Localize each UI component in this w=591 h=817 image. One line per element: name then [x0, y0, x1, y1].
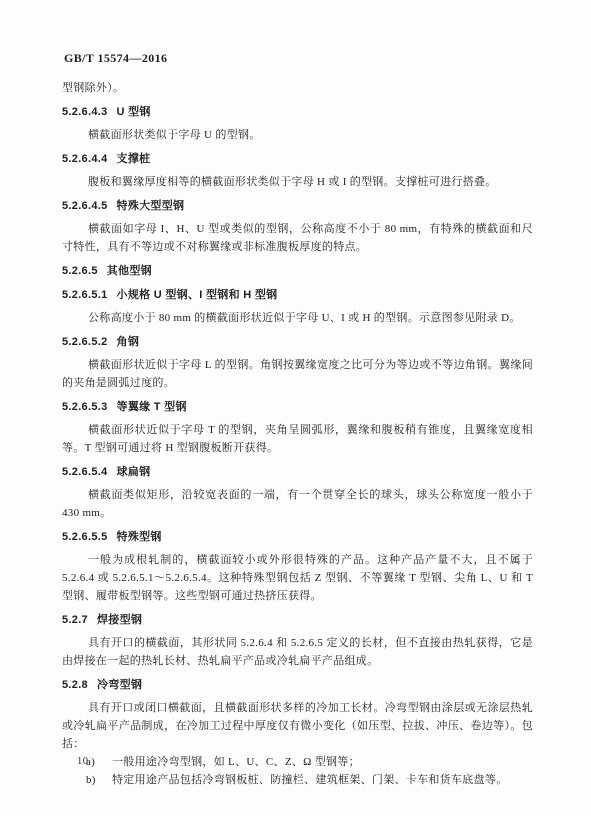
section-number: 5.2.6.5.5: [62, 531, 108, 543]
section-heading: 5.2.6.5其他型钢: [62, 262, 533, 280]
section-cold-formed-section-steel: 5.2.8冷弯型钢 具有开口或闭口横截面，且横截面形状多样的冷加工长材。冷弯型钢…: [62, 676, 533, 789]
section-u-section-steel: 5.2.6.4.3U 型钢 横截面形状类似于字母 U 的型钢。: [62, 103, 533, 144]
section-number: 5.2.6.4.5: [62, 200, 108, 212]
section-heading: 5.2.6.5.5特殊型钢: [62, 528, 533, 546]
section-heading: 5.2.6.5.1小规格 U 型钢、I 型钢和 H 型钢: [62, 286, 533, 304]
section-title: 特殊型钢: [117, 531, 162, 543]
section-heading: 5.2.6.5.4球扁钢: [62, 463, 533, 481]
list-marker: b): [86, 771, 112, 789]
section-paragraph: 腹板和翼缘厚度相等的横截面形状类似于字母 H 或 I 的型钢。支撑桩可进行搭叠。: [62, 173, 533, 191]
standard-code: GB/T 15574—2016: [64, 51, 167, 65]
section-bearing-pile: 5.2.6.4.4支撑桩 腹板和翼缘厚度相等的横截面形状类似于字母 H 或 I …: [62, 150, 533, 191]
section-angle-steel: 5.2.6.5.2角钢 横截面形状近似于字母 L 的型钢。角钢按翼缘宽度之比可分…: [62, 333, 533, 392]
section-bulb-flat-steel: 5.2.6.5.4球扁钢 横截面类似矩形，沿较宽表面的一端，有一个贯穿全长的球头…: [62, 463, 533, 522]
section-heading: 5.2.6.4.3U 型钢: [62, 103, 533, 121]
document-page: GB/T 15574—2016 型钢除外）。 5.2.6.4.3U 型钢 横截面…: [0, 0, 591, 817]
section-title: 焊接型钢: [97, 614, 142, 626]
section-paragraph: 具有开口的横截面，其形状同 5.2.6.4 和 5.2.6.5 定义的长材，但不…: [62, 634, 533, 670]
section-title: 等翼缘 T 型钢: [117, 401, 187, 413]
section-paragraph: 横截面类似矩形，沿较宽表面的一端，有一个贯穿全长的球头，球头公称宽度一般小于 4…: [62, 486, 533, 522]
section-title: 小规格 U 型钢、I 型钢和 H 型钢: [117, 289, 278, 301]
section-title: 支撑桩: [117, 153, 151, 165]
section-paragraph: 具有开口或闭口横截面，且横截面形状多样的冷加工长材。冷弯型钢由涂层或无涂层热轧或…: [62, 699, 533, 753]
section-title: 角钢: [117, 336, 140, 348]
section-heading: 5.2.6.4.5特殊大型型钢: [62, 197, 533, 215]
section-number: 5.2.7: [62, 614, 88, 626]
section-welded-section-steel: 5.2.7焊接型钢 具有开口的横截面，其形状同 5.2.6.4 和 5.2.6.…: [62, 611, 533, 670]
section-number: 5.2.6.5: [62, 265, 98, 277]
section-paragraph: 横截面如字母 I、H、U 型或类似的型钢，公称高度不小于 80 mm，有特殊的横…: [62, 220, 533, 256]
section-heading: 5.2.6.4.4支撑桩: [62, 150, 533, 168]
list-item-b: b)特定用途产品包括冷弯钢板桩、防撞栏、建筑框架、门架、卡车和货车底盘等。: [62, 771, 533, 789]
section-other-section-steel: 5.2.6.5其他型钢: [62, 262, 533, 280]
document-header: GB/T 15574—2016: [64, 51, 533, 65]
section-heading: 5.2.6.5.2角钢: [62, 333, 533, 351]
section-number: 5.2.8: [62, 679, 88, 691]
lettered-list: a)一般用途冷弯型钢，如 L、U、C、Z、Ω 型钢等； b)特定用途产品包括冷弯…: [62, 753, 533, 789]
section-number: 5.2.6.4.3: [62, 106, 108, 118]
section-number: 5.2.6.5.1: [62, 289, 108, 301]
section-paragraph: 公称高度小于 80 mm 的横截面形状近似于字母 U、I 或 H 的型钢。示意图…: [62, 309, 533, 327]
section-paragraph: 一般为成根轧制的，横截面较小或外形很特殊的产品。这种产品产量不大，且不属于 5.…: [62, 551, 533, 605]
page-number: 10: [77, 756, 89, 768]
section-special-section-steel: 5.2.6.5.5特殊型钢 一般为成根轧制的，横截面较小或外形很特殊的产品。这种…: [62, 528, 533, 605]
document-content: GB/T 15574—2016 型钢除外）。 5.2.6.4.3U 型钢 横截面…: [62, 51, 533, 789]
intro-continuation-paragraph: 型钢除外）。: [62, 79, 533, 97]
section-paragraph: 横截面形状类似于字母 U 的型钢。: [62, 126, 533, 144]
section-heading: 5.2.6.5.3等翼缘 T 型钢: [62, 398, 533, 416]
section-number: 5.2.6.5.3: [62, 401, 108, 413]
section-title: 球扁钢: [117, 466, 151, 478]
list-text: 一般用途冷弯型钢，如 L、U、C、Z、Ω 型钢等；: [112, 756, 360, 768]
list-item-a: a)一般用途冷弯型钢，如 L、U、C、Z、Ω 型钢等；: [62, 753, 533, 771]
section-title: 冷弯型钢: [97, 679, 142, 691]
section-title: 其他型钢: [107, 265, 152, 277]
section-number: 5.2.6.5.4: [62, 466, 108, 478]
section-paragraph: 横截面形状近似于字母 T 的型钢，夹角呈圆弧形，翼缘和腹板稍有锥度，且翼缘宽度相…: [62, 421, 533, 457]
section-equal-flange-t-steel: 5.2.6.5.3等翼缘 T 型钢 横截面形状近似于字母 T 的型钢，夹角呈圆弧…: [62, 398, 533, 457]
section-title: 特殊大型型钢: [117, 200, 185, 212]
section-heading: 5.2.7焊接型钢: [62, 611, 533, 629]
section-paragraph: 横截面形状近似于字母 L 的型钢。角钢按翼缘宽度之比可分为等边或不等边角钢。翼缘…: [62, 356, 533, 392]
section-number: 5.2.6.5.2: [62, 336, 108, 348]
section-title: U 型钢: [117, 106, 151, 118]
section-small-u-i-h-section-steel: 5.2.6.5.1小规格 U 型钢、I 型钢和 H 型钢 公称高度小于 80 m…: [62, 286, 533, 327]
section-special-large-section-steel: 5.2.6.4.5特殊大型型钢 横截面如字母 I、H、U 型或类似的型钢，公称高…: [62, 197, 533, 256]
list-marker: a): [86, 753, 112, 771]
section-heading: 5.2.8冷弯型钢: [62, 676, 533, 694]
section-number: 5.2.6.4.4: [62, 153, 108, 165]
list-text: 特定用途产品包括冷弯钢板桩、防撞栏、建筑框架、门架、卡车和货车底盘等。: [112, 774, 508, 786]
